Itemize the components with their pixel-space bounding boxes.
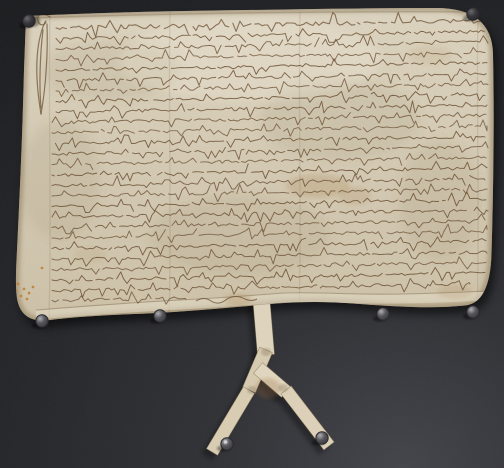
rust-speck — [26, 298, 29, 301]
parchment-sheet — [10, 4, 500, 329]
ribbon-fold-shading — [261, 348, 271, 356]
rust-speck — [20, 295, 23, 298]
rust-speck — [41, 267, 44, 270]
stain — [74, 247, 106, 263]
pin-top-left — [23, 15, 35, 27]
pin-tag-right — [316, 432, 328, 444]
ribbon-fold-shading — [247, 386, 257, 394]
parchment-surface — [10, 4, 500, 329]
stain — [437, 285, 473, 299]
pin-bottom-right — [467, 306, 479, 318]
rust-speck — [23, 288, 26, 291]
charter-photo-canvas — [0, 0, 504, 468]
parchment-mottling — [20, 120, 100, 240]
rust-speck — [17, 283, 20, 286]
pin-top-right — [467, 8, 479, 20]
pin-bottom-left — [36, 315, 48, 327]
pin-bottom-center-right — [377, 308, 389, 320]
pin-bottom-center-left — [154, 310, 166, 322]
rust-speck — [32, 286, 35, 289]
pin-tag-left — [221, 438, 233, 450]
stain — [408, 45, 452, 65]
charter-photograph — [0, 0, 504, 468]
rust-speck — [28, 292, 31, 295]
pin-highlight — [224, 440, 228, 444]
ribbon-stain — [256, 378, 280, 398]
